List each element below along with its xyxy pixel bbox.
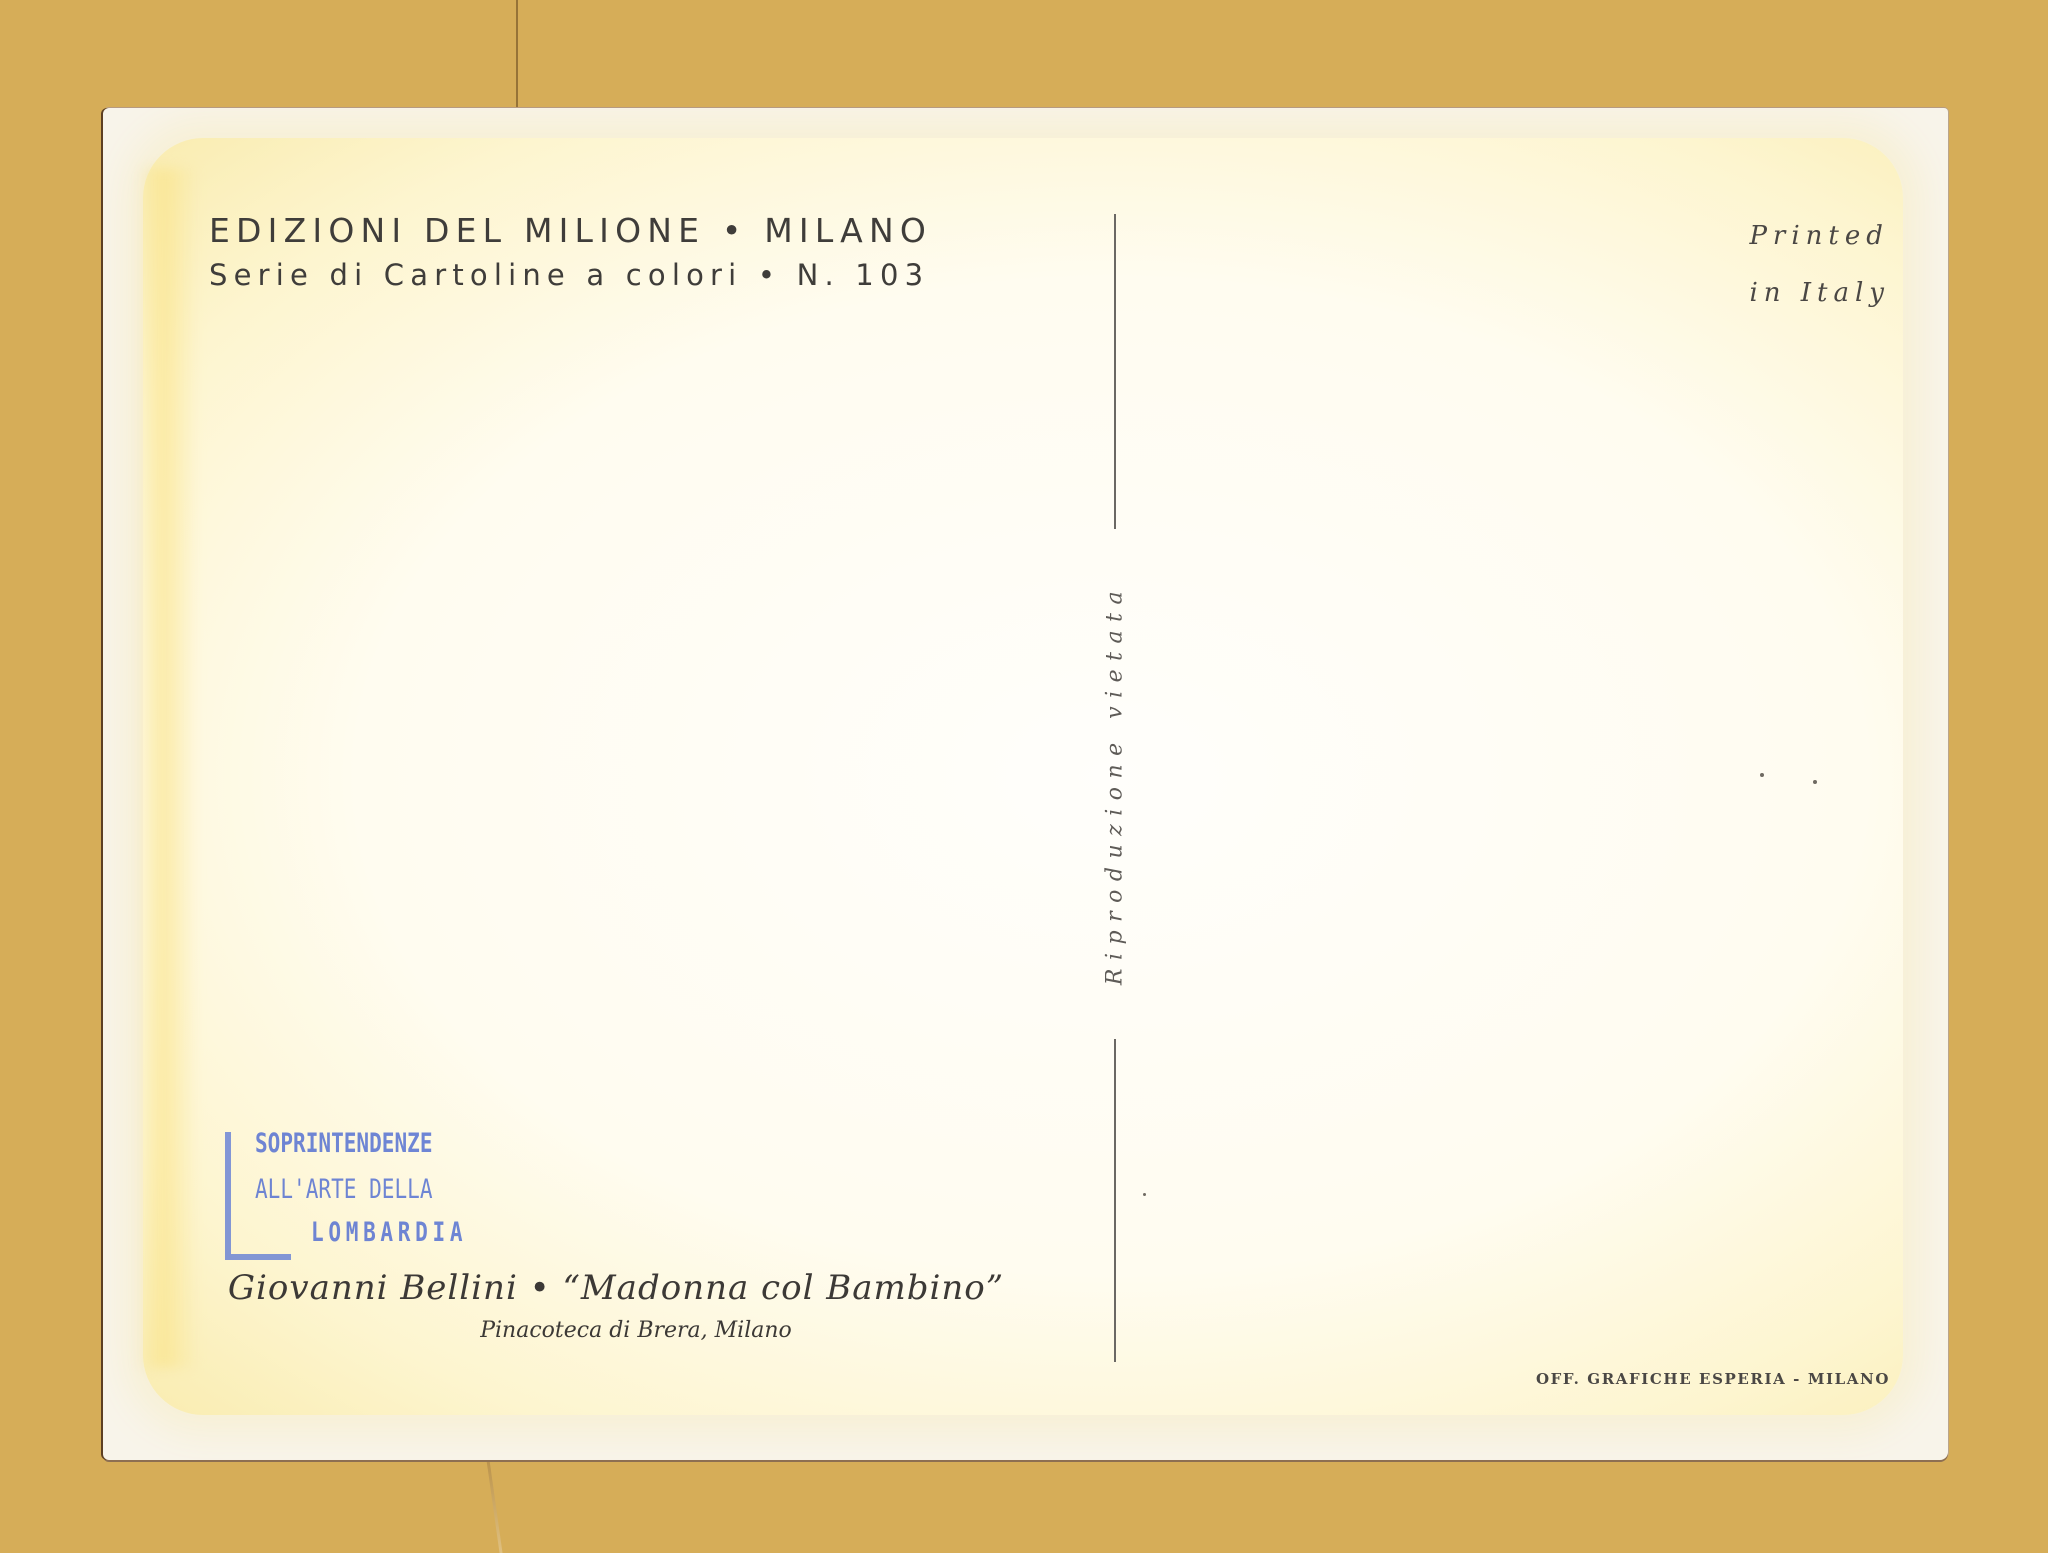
artwork-title: Giovanni Bellini • “Madonna col Bambino” — [176, 1268, 1056, 1308]
center-divider-top — [1114, 214, 1116, 529]
background-seam — [516, 0, 518, 108]
stamp-line: LOMBARDIA — [311, 1217, 467, 1248]
printed-line-1: Printed — [1749, 208, 1890, 265]
postcard: EDIZIONI DEL MILIONE • MILANO Serie di C… — [103, 108, 1948, 1460]
printed-in-italy: Printed in Italy — [1749, 208, 1890, 322]
artwork-location: Pinacoteca di Brera, Milano — [216, 1318, 1056, 1343]
background-crease — [486, 1460, 502, 1553]
stamp-line: ALL'ARTE DELLA — [255, 1174, 433, 1205]
stamp-line: SOPRINTENDENZE — [255, 1128, 433, 1159]
paper-speck — [1760, 773, 1764, 777]
reproduction-notice: Riproduzione vietata — [1103, 583, 1128, 985]
paper-speck — [1143, 1193, 1146, 1196]
printed-line-2: in Italy — [1749, 265, 1890, 322]
publisher-title: EDIZIONI DEL MILIONE • MILANO — [209, 211, 932, 250]
series-number: Serie di Cartoline a colori • N. 103 — [209, 258, 932, 292]
artwork-caption: Giovanni Bellini • “Madonna col Bambino”… — [176, 1268, 1056, 1343]
ink-stamp: SOPRINTENDENZE ALL'ARTE DELLA LOMBARDIA — [225, 1124, 510, 1261]
center-divider-bottom — [1114, 1039, 1116, 1362]
printer-credit: OFF. GRAFICHE ESPERIA - MILANO — [1536, 1370, 1890, 1388]
publisher-header: EDIZIONI DEL MILIONE • MILANO Serie di C… — [209, 211, 932, 292]
paper-speck — [1813, 780, 1817, 784]
paper-stain — [138, 168, 198, 1368]
